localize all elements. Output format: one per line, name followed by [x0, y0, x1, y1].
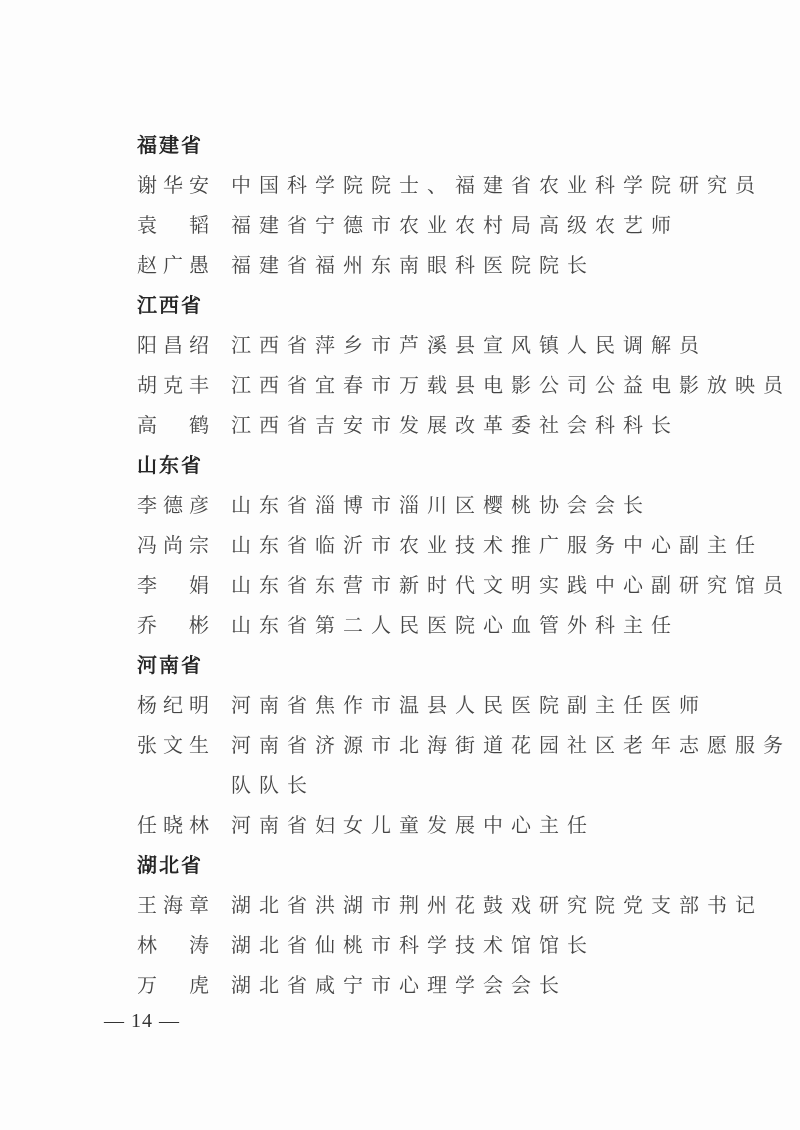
person-title: 河南省焦作市温县人民医院副主任医师	[231, 689, 707, 721]
list-item: 李德彦 山东省淄博市淄川区樱桃协会会长	[137, 489, 717, 529]
person-name: 李娟	[137, 569, 209, 601]
list-item: 阳昌绍 江西省萍乡市芦溪县宣风镇人民调解员	[137, 329, 717, 369]
person-name: 李德彦	[137, 489, 209, 521]
person-title: 湖北省咸宁市心理学会会长	[231, 969, 567, 1001]
person-title: 江西省宜春市万载县电影公司公益电影放映员	[231, 369, 791, 401]
province-heading-jiangxi: 江西省	[137, 289, 717, 329]
person-title: 山东省临沂市农业技术推广服务中心副主任	[231, 529, 763, 561]
page-number: — 14 —	[104, 1010, 180, 1033]
person-name: 杨纪明	[137, 689, 209, 721]
list-item: 李娟 山东省东营市新时代文明实践中心副研究馆员	[137, 569, 717, 609]
province-heading-fujian: 福建省	[137, 129, 717, 169]
person-name: 袁韬	[137, 209, 209, 241]
list-item: 谢华安 中国科学院院士、福建省农业科学院研究员	[137, 169, 717, 209]
person-name: 王海章	[137, 889, 209, 921]
person-name: 万虎	[137, 969, 209, 1001]
person-title: 江西省萍乡市芦溪县宣风镇人民调解员	[231, 329, 707, 361]
person-title: 山东省东营市新时代文明实践中心副研究馆员	[231, 569, 791, 601]
person-title-continued: 队队长	[231, 769, 315, 801]
person-name: 高鹤	[137, 409, 209, 441]
person-name: 阳昌绍	[137, 329, 209, 361]
person-name: 张文生	[137, 729, 209, 761]
person-title: 江西省吉安市发展改革委社会科科长	[231, 409, 679, 441]
list-item: 杨纪明 河南省焦作市温县人民医院副主任医师	[137, 689, 717, 729]
list-item: 胡克丰 江西省宜春市万载县电影公司公益电影放映员	[137, 369, 717, 409]
list-item: 赵广愚 福建省福州东南眼科医院院长	[137, 249, 717, 289]
list-item: 万虎 湖北省咸宁市心理学会会长	[137, 969, 717, 1009]
person-name: 林涛	[137, 929, 209, 961]
list-item: 袁韬 福建省宁德市农业农村局高级农艺师	[137, 209, 717, 249]
person-name: 任晓林	[137, 809, 209, 841]
list-item: 林涛 湖北省仙桃市科学技术馆馆长	[137, 929, 717, 969]
person-name: 谢华安	[137, 169, 209, 201]
list-item: 冯尚宗 山东省临沂市农业技术推广服务中心副主任	[137, 529, 717, 569]
person-title: 湖北省仙桃市科学技术馆馆长	[231, 929, 595, 961]
person-title: 福建省宁德市农业农村局高级农艺师	[231, 209, 679, 241]
list-item-continuation: 队队长	[137, 769, 717, 809]
person-name: 赵广愚	[137, 249, 209, 281]
person-name: 乔彬	[137, 609, 209, 641]
list-item: 任晓林 河南省妇女儿童发展中心主任	[137, 809, 717, 849]
honoree-list: 福建省 谢华安 中国科学院院士、福建省农业科学院研究员 袁韬 福建省宁德市农业农…	[137, 129, 717, 1009]
person-title: 河南省济源市北海街道花园社区老年志愿服务	[231, 729, 791, 761]
document-page: 福建省 谢华安 中国科学院院士、福建省农业科学院研究员 袁韬 福建省宁德市农业农…	[0, 0, 800, 1130]
person-name: 冯尚宗	[137, 529, 209, 561]
person-title: 山东省第二人民医院心血管外科主任	[231, 609, 679, 641]
person-title: 中国科学院院士、福建省农业科学院研究员	[231, 169, 763, 201]
person-title: 湖北省洪湖市荆州花鼓戏研究院党支部书记	[231, 889, 763, 921]
province-heading-hubei: 湖北省	[137, 849, 717, 889]
list-item: 王海章 湖北省洪湖市荆州花鼓戏研究院党支部书记	[137, 889, 717, 929]
person-title: 福建省福州东南眼科医院院长	[231, 249, 595, 281]
list-item: 乔彬 山东省第二人民医院心血管外科主任	[137, 609, 717, 649]
person-title: 山东省淄博市淄川区樱桃协会会长	[231, 489, 651, 521]
person-title: 河南省妇女儿童发展中心主任	[231, 809, 595, 841]
province-heading-henan: 河南省	[137, 649, 717, 689]
list-item: 张文生 河南省济源市北海街道花园社区老年志愿服务	[137, 729, 717, 769]
list-item: 高鹤 江西省吉安市发展改革委社会科科长	[137, 409, 717, 449]
person-name: 胡克丰	[137, 369, 209, 401]
province-heading-shandong: 山东省	[137, 449, 717, 489]
